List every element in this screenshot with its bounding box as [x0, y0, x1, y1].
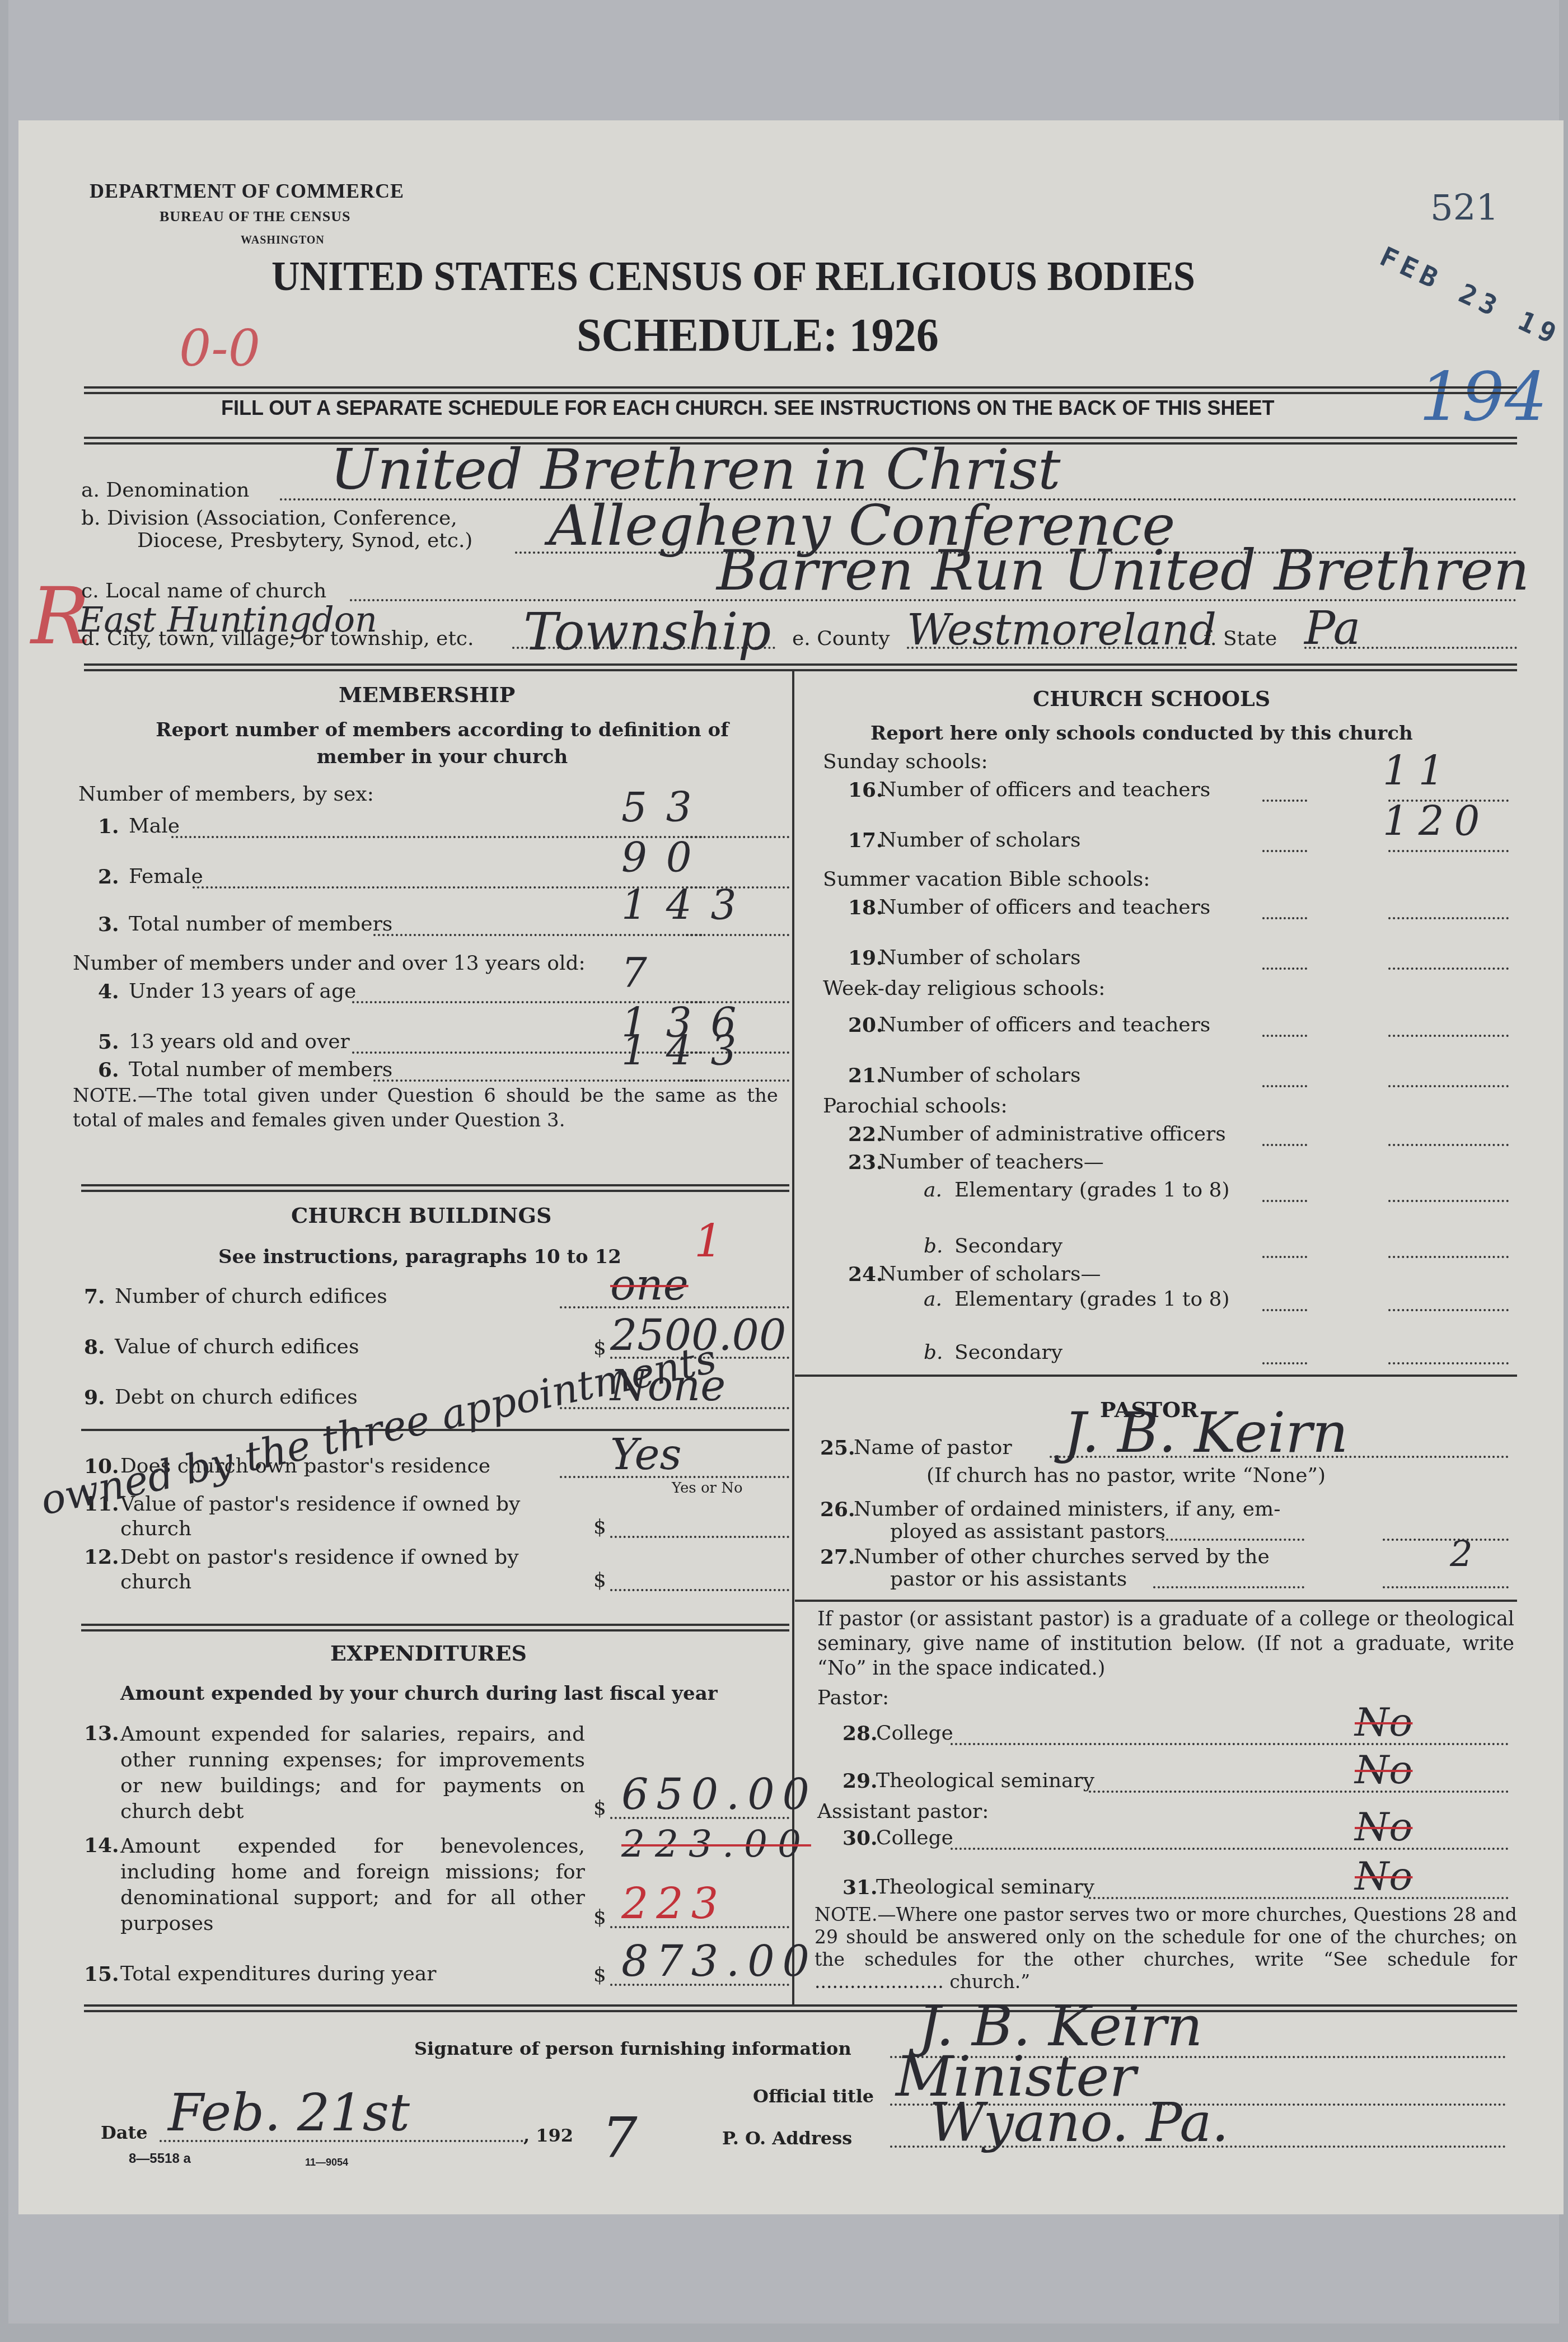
dollar-sign: $: [593, 1964, 606, 1986]
expenditure-q-number: 15.: [84, 1962, 119, 1986]
q25-hint: (If church has no pastor, write “None”): [926, 1464, 1326, 1487]
membership-note: NOTE.—The total given under Question 6 s…: [73, 1083, 778, 1133]
membership-answer[interactable]: 143: [621, 882, 755, 929]
school-q-label: Number of scholars—: [879, 1263, 1101, 1285]
divider: [795, 1375, 1517, 1377]
division-label: b. Division (Association, Conference,: [81, 507, 457, 530]
print-code: 11—9054: [305, 2157, 348, 2168]
building-q-number: 8.: [84, 1335, 105, 1359]
divider: [81, 1184, 789, 1186]
education-answer-line[interactable]: [951, 1848, 1509, 1850]
education-answer[interactable]: No: [1355, 1747, 1412, 1793]
school-group-label: Sunday schools:: [823, 750, 988, 773]
dollar-sign: $: [593, 1336, 606, 1359]
education-q-number: 28.: [842, 1722, 878, 1745]
school-q-number: 21.: [848, 1064, 883, 1087]
school-answer-line[interactable]: [1388, 1256, 1509, 1258]
official-title-label: Official title: [753, 2086, 874, 2107]
school-answer-line[interactable]: [1388, 967, 1509, 970]
school-q-number: 16.: [848, 778, 883, 802]
fill-line: [1262, 850, 1307, 852]
fill-line[interactable]: [610, 1589, 789, 1591]
school-q-label: Number of officers and teachers: [879, 896, 1210, 919]
membership-q-label: Male: [129, 815, 180, 838]
expenditures-heading: EXPENDITURES: [330, 1640, 527, 1666]
state-field[interactable]: Pa: [1304, 602, 1360, 655]
school-q-number: a.: [924, 1288, 942, 1311]
q27-label-2: pastor or his assistants: [890, 1568, 1127, 1591]
membership-answer[interactable]: 143: [621, 1027, 755, 1074]
school-q-number: b.: [924, 1235, 943, 1258]
divider: [81, 1624, 789, 1626]
dollar-sign: $: [593, 1516, 606, 1539]
yes-no-hint: Yes or No: [672, 1480, 743, 1497]
school-answer-line[interactable]: [1388, 1144, 1509, 1146]
fill-line: [1383, 1586, 1509, 1588]
bureau-name: BUREAU OF THE CENSUS: [160, 208, 350, 225]
fill-line: [1262, 1085, 1307, 1087]
expenditure-q-number: 13.: [84, 1722, 119, 1745]
fill-line: [1262, 1309, 1307, 1311]
fill-line: [1262, 917, 1307, 919]
school-q-number: 22.: [848, 1123, 883, 1146]
year-field[interactable]: 7: [602, 2105, 638, 2171]
church-schools-heading: CHURCH SCHOOLS: [1033, 686, 1270, 711]
serial-number: 521: [1430, 188, 1499, 229]
education-answer[interactable]: No: [1355, 1699, 1412, 1745]
school-q-label: Elementary (grades 1 to 8): [954, 1179, 1230, 1202]
school-q-number: 19.: [848, 946, 883, 970]
education-intro: If pastor (or assistant pastor) is a gra…: [817, 1607, 1514, 1681]
school-q-label: Number of teachers—: [879, 1151, 1104, 1174]
education-q-label: College: [876, 1722, 953, 1745]
po-address-label: P. O. Address: [722, 2128, 852, 2149]
school-q-number: 23.: [848, 1151, 883, 1174]
membership-answer[interactable]: 53: [621, 784, 711, 831]
education-q-number: 29.: [842, 1769, 878, 1793]
school-q-label: Number of officers and teachers: [879, 1013, 1210, 1036]
school-group-label: Summer vacation Bible schools:: [823, 868, 1150, 891]
expenditure-struck-value: 223.00: [621, 1822, 811, 1866]
members-by-sex-label: Number of members, by sex:: [78, 783, 374, 806]
assistant-education-label: Assistant pastor:: [817, 1800, 989, 1823]
school-q-number: 20.: [848, 1013, 883, 1037]
members-by-age-label: Number of members under and over 13 year…: [73, 952, 586, 975]
school-answer-line[interactable]: [1388, 1309, 1509, 1311]
church-schools-subheading: Report here only schools conducted by th…: [870, 722, 1413, 745]
building-answer[interactable]: Yes: [610, 1429, 682, 1479]
dollar-sign: $: [593, 1569, 606, 1592]
membership-q-label: Female: [129, 865, 203, 888]
school-q-label: Number of scholars: [879, 829, 1080, 852]
buildings-heading: CHURCH BUILDINGS: [291, 1203, 551, 1228]
membership-q-number: 5.: [98, 1030, 119, 1054]
signature-label: Signature of person furnishing informati…: [414, 2038, 851, 2059]
q26-number: 26.: [820, 1498, 855, 1521]
bureau-city: WASHINGTON: [241, 234, 325, 247]
building-q-label: Debt on church edifices: [115, 1386, 358, 1409]
instructions-banner: FILL OUT A SEPARATE SCHEDULE FOR EACH CH…: [221, 396, 1274, 420]
expenditure-q-label: Amount expended for salaries, repairs, a…: [120, 1722, 585, 1825]
state-label: f. State: [1204, 627, 1277, 650]
education-answer-line[interactable]: [951, 1743, 1509, 1745]
date-field[interactable]: Feb. 21st: [168, 2083, 410, 2143]
education-answer-line[interactable]: [1089, 1791, 1509, 1793]
membership-q-number: 2.: [98, 865, 119, 889]
education-q-number: 31.: [842, 1876, 878, 1899]
fill-line[interactable]: [610, 1536, 789, 1538]
other-churches-field[interactable]: 2: [1450, 1534, 1473, 1576]
school-q-label: Number of scholars: [879, 1064, 1080, 1087]
q27-number: 27.: [820, 1545, 855, 1569]
building-q-label: Number of church edifices: [115, 1285, 387, 1308]
dollar-sign: $: [593, 1797, 606, 1820]
school-q-number: a.: [924, 1179, 942, 1202]
membership-q-label: Total number of members: [129, 913, 392, 936]
divider: [84, 663, 1517, 666]
school-answer-line[interactable]: [1388, 1200, 1509, 1202]
school-group-label: Parochial schools:: [823, 1095, 1008, 1118]
divider: [84, 2004, 1517, 2007]
fill-line: [1162, 1539, 1304, 1541]
building-q-label: Value of pastor's residence if owned by …: [120, 1492, 585, 1541]
fill-line: [1262, 1362, 1307, 1364]
expenditure-answer[interactable]: 650.00: [621, 1769, 817, 1819]
fill-line: [686, 934, 789, 936]
po-address-field[interactable]: Wyano. Pa.: [929, 2091, 1229, 2154]
fill-line: [1153, 1586, 1304, 1588]
expenditure-q-number: 14.: [84, 1834, 119, 1857]
school-answer[interactable]: 120: [1383, 798, 1490, 845]
expenditures-subheading: Amount expended by your church during la…: [120, 1682, 718, 1705]
expenditure-answer[interactable]: 223: [621, 1878, 726, 1928]
division-label-2: Diocese, Presbytery, Synod, etc.): [137, 529, 472, 552]
expenditure-q-label: Total expenditures during year: [120, 1962, 437, 1985]
date-label: Date: [101, 2122, 148, 2143]
education-q-number: 30.: [842, 1826, 878, 1850]
form-number: 8—5518 a: [129, 2151, 191, 2167]
divider: [84, 386, 1517, 389]
department-name: DEPARTMENT OF COMMERCE: [90, 179, 404, 203]
q27-label: Number of other churches served by the: [854, 1545, 1270, 1568]
school-q-label: Number of officers and teachers: [879, 778, 1210, 801]
school-q-label: Elementary (grades 1 to 8): [954, 1288, 1230, 1311]
building-correction: 1: [694, 1215, 723, 1267]
q26-field[interactable]: [1383, 1539, 1509, 1541]
pastor-education-label: Pastor:: [817, 1686, 889, 1709]
buildings-subheading: See instructions, paragraphs 10 to 12: [218, 1246, 621, 1268]
year-prefix: , 192: [523, 2125, 573, 2146]
fill-line: [1262, 967, 1307, 970]
membership-q-label: Under 13 years of age: [129, 980, 356, 1003]
membership-q-number: 4.: [98, 980, 119, 1003]
membership-heading: MEMBERSHIP: [339, 682, 515, 707]
expenditure-answer[interactable]: 873.00: [621, 1936, 817, 1986]
county-label: e. County: [792, 627, 890, 650]
building-answer[interactable]: one: [610, 1260, 689, 1310]
local-name-field[interactable]: Barren Run United Brethren: [717, 537, 1529, 603]
red-tally-mark: 0-0: [179, 319, 260, 378]
membership-subheading: Report number of members according to de…: [134, 717, 750, 770]
school-q-number: 18.: [848, 896, 883, 919]
dollar-sign: $: [593, 1906, 606, 1929]
education-answer[interactable]: No: [1355, 1853, 1412, 1899]
school-q-number: 24.: [848, 1263, 883, 1286]
fill-line: [1262, 1035, 1307, 1037]
membership-q-number: 3.: [98, 913, 119, 936]
membership-answer[interactable]: 90: [621, 834, 711, 881]
fill-line: [1262, 1256, 1307, 1258]
school-answer-line[interactable]: [1388, 1035, 1509, 1037]
q26-label-2: ployed as assistant pastors: [890, 1520, 1166, 1543]
school-answer[interactable]: 11: [1383, 747, 1454, 794]
school-answer-line[interactable]: [1388, 917, 1509, 919]
q25-label: Name of pastor: [854, 1436, 1012, 1459]
building-q-label: Debt on pastor's residence if owned by c…: [120, 1545, 585, 1595]
fill-line: [373, 934, 703, 936]
fill-line: [1262, 800, 1307, 802]
form-title: UNITED STATES CENSUS OF RELIGIOUS BODIES: [272, 254, 1195, 301]
education-note: NOTE.—Where one pastor serves two or mor…: [815, 1904, 1517, 1993]
building-q-number: 7.: [84, 1285, 105, 1308]
school-q-label: Secondary: [954, 1235, 1063, 1258]
school-group-label: Week-day religious schools:: [823, 977, 1105, 1000]
education-q-label: College: [876, 1826, 953, 1849]
education-answer-line[interactable]: [1089, 1897, 1509, 1899]
school-answer-line[interactable]: [1388, 1362, 1509, 1364]
building-q-number: 12.: [84, 1545, 119, 1569]
schedule-year: SCHEDULE: 1926: [577, 310, 939, 363]
membership-q-number: 1.: [98, 815, 119, 838]
school-q-label: Secondary: [954, 1341, 1063, 1364]
school-answer-line[interactable]: [1388, 1085, 1509, 1087]
building-q-number: 9.: [84, 1386, 105, 1409]
membership-q-number: 6.: [98, 1058, 119, 1082]
membership-subheading-text: Report number of members according to de…: [134, 717, 750, 770]
city-field[interactable]: Township: [523, 602, 771, 662]
membership-answer[interactable]: 7: [621, 949, 666, 996]
blue-file-number: 194: [1419, 358, 1547, 436]
divider: [795, 1600, 1517, 1602]
q25-number: 25.: [820, 1436, 855, 1460]
fill-line: [373, 1079, 703, 1082]
denomination-label: a. Denomination: [81, 479, 250, 502]
membership-q-label: 13 years old and over: [129, 1030, 350, 1053]
school-q-number: b.: [924, 1341, 943, 1364]
expenditure-q-label: Amount expended for benevolences, includ…: [120, 1834, 585, 1937]
fill-line: [686, 1079, 789, 1082]
school-q-number: 17.: [848, 829, 883, 852]
city-prefix-handwritten: East Huntingdon: [78, 599, 377, 640]
fill-line: [1262, 1200, 1307, 1202]
q26-label: Number of ordained ministers, if any, em…: [854, 1498, 1280, 1521]
building-q-label: Value of church edifices: [115, 1335, 359, 1358]
school-q-label: Number of administrative officers: [879, 1123, 1226, 1146]
education-q-label: Theological seminary: [876, 1769, 1094, 1792]
school-q-label: Number of scholars: [879, 946, 1080, 969]
fill-line: [1262, 1144, 1307, 1146]
pastor-name-field[interactable]: J. B. Keirn: [1064, 1400, 1348, 1465]
school-answer-line[interactable]: [1388, 850, 1509, 852]
county-field[interactable]: Westmoreland: [907, 605, 1216, 655]
membership-q-label: Total number of members: [129, 1058, 392, 1081]
education-answer[interactable]: No: [1355, 1804, 1412, 1850]
education-q-label: Theological seminary: [876, 1876, 1094, 1899]
